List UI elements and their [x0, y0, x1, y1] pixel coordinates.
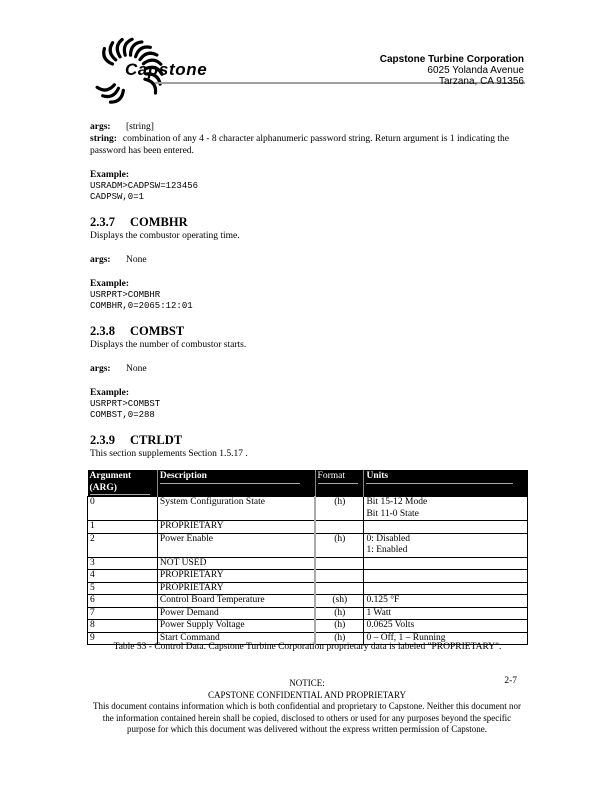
- cell-format: (h): [315, 620, 364, 633]
- cell-units: 0.125 °F: [364, 595, 528, 608]
- notice-heading: CAPSTONE CONFIDENTIAL AND PROPRIETARY: [92, 690, 522, 702]
- cell-argument: 0: [88, 497, 158, 521]
- example-line: USRADM>CADPSW=123456: [90, 181, 525, 192]
- cell-format: (h): [315, 607, 364, 620]
- string-label: string:: [90, 134, 117, 144]
- cell-format: (sh): [315, 595, 364, 608]
- notice-label: NOTICE:: [92, 678, 522, 690]
- string-desc: combination of any 4 - 8 character alpha…: [90, 134, 509, 156]
- string-desc-line: string:combination of any 4 - 8 characte…: [90, 133, 525, 157]
- cell-description: PROPRIETARY: [157, 521, 315, 534]
- cell-format: [315, 582, 364, 595]
- table-row: 5PROPRIETARY: [88, 582, 528, 595]
- args-line: args:None: [90, 363, 525, 375]
- units-line: Bit 15-12 Mode: [366, 497, 525, 509]
- table-row: 6Control Board Temperature(sh)0.125 °F: [88, 595, 528, 608]
- cell-description: NOT USED: [157, 557, 315, 570]
- cell-units: Bit 15-12 ModeBit 11-0 State: [364, 497, 528, 521]
- table-row: 3NOT USED: [88, 557, 528, 570]
- units-line: 1: Enabled: [366, 545, 525, 557]
- cell-description: Power Supply Voltage: [157, 620, 315, 633]
- args-label: args:: [90, 121, 126, 133]
- section-desc: This section supplements Section 1.5.17 …: [90, 448, 525, 460]
- cell-argument: 6: [88, 595, 158, 608]
- section-heading-combhr: 2.3.7COMBHR: [90, 215, 525, 230]
- example-label: Example:: [90, 387, 525, 399]
- cell-argument: 5: [88, 582, 158, 595]
- table-row: 2Power Enable(h)0: Disabled1: Enabled: [88, 533, 528, 557]
- cell-units: 1 Watt: [364, 607, 528, 620]
- cell-format: [315, 521, 364, 534]
- company-name: Capstone Turbine Corporation: [380, 54, 524, 65]
- cell-units: [364, 582, 528, 595]
- table-row: 1PROPRIETARY: [88, 521, 528, 534]
- args-line: args:None: [90, 254, 525, 266]
- example-line: COMBST,0=288: [90, 410, 525, 421]
- cell-units: 0.0625 Volts: [364, 620, 528, 633]
- cell-units: 0: Disabled1: Enabled: [364, 533, 528, 557]
- cell-argument: 3: [88, 557, 158, 570]
- cell-format: (h): [315, 533, 364, 557]
- example-line: USRPRT>COMBHR: [90, 290, 525, 301]
- confidentiality-notice: NOTICE: CAPSTONE CONFIDENTIAL AND PROPRI…: [92, 678, 522, 736]
- example-line: CADPSW,0=1: [90, 192, 525, 203]
- cell-format: [315, 570, 364, 583]
- cell-argument: 1: [88, 521, 158, 534]
- cell-argument: 7: [88, 607, 158, 620]
- args-line: args:[string]: [90, 121, 525, 133]
- section-desc: Displays the number of combustor starts.: [90, 339, 525, 351]
- units-line: Bit 11-0 State: [366, 509, 525, 521]
- address-line-1: 6025 Yolanda Avenue: [380, 65, 524, 76]
- table-caption: Table 53 - Control Data. Capstone Turbin…: [87, 642, 528, 652]
- cell-format: (h): [315, 497, 364, 521]
- control-data-table: Argument (ARG) Description Format Units …: [87, 470, 528, 645]
- section-desc: Displays the combustor operating time.: [90, 230, 525, 242]
- units-line: 0: Disabled: [366, 534, 525, 546]
- table-row: 8Power Supply Voltage(h)0.0625 Volts: [88, 620, 528, 633]
- units-line: 0.125 °F: [366, 595, 525, 607]
- example-label: Example:: [90, 278, 525, 290]
- cell-units: [364, 557, 528, 570]
- document-body: args:[string] string:combination of any …: [90, 121, 525, 460]
- header-format: Format: [315, 470, 364, 497]
- units-line: 0.0625 Volts: [366, 620, 525, 632]
- example-line: COMBHR,0=2065:12:01: [90, 301, 525, 312]
- cell-format: [315, 557, 364, 570]
- example-label: Example:: [90, 169, 525, 181]
- cell-units: [364, 521, 528, 534]
- cell-description: PROPRIETARY: [157, 582, 315, 595]
- cell-argument: 8: [88, 620, 158, 633]
- args-value: [string]: [126, 122, 154, 132]
- notice-body: This document contains information which…: [92, 701, 522, 736]
- table-row: 7Power Demand(h)1 Watt: [88, 607, 528, 620]
- logo-text: Capstone: [125, 60, 207, 80]
- example-line: USRPRT>COMBST: [90, 399, 525, 410]
- cell-argument: 2: [88, 533, 158, 557]
- section-heading-combst: 2.3.8COMBST: [90, 324, 525, 339]
- header-units: Units: [364, 470, 528, 497]
- cell-description: Power Enable: [157, 533, 315, 557]
- table-row: 4PROPRIETARY: [88, 570, 528, 583]
- cell-argument: 4: [88, 570, 158, 583]
- section-heading-ctrldt: 2.3.9CTRLDT: [90, 433, 525, 448]
- company-address: Capstone Turbine Corporation 6025 Yoland…: [380, 54, 524, 87]
- cell-description: System Configuration State: [157, 497, 315, 521]
- cell-description: PROPRIETARY: [157, 570, 315, 583]
- table-header-row: Argument (ARG) Description Format Units: [88, 470, 528, 497]
- cell-description: Power Demand: [157, 607, 315, 620]
- header-argument: Argument (ARG): [88, 470, 158, 497]
- header-description: Description: [157, 470, 315, 497]
- cell-description: Control Board Temperature: [157, 595, 315, 608]
- address-line-2: Tarzana, CA 91356: [380, 76, 524, 87]
- table-row: 0System Configuration State(h)Bit 15-12 …: [88, 497, 528, 521]
- cell-units: [364, 570, 528, 583]
- units-line: 1 Watt: [366, 608, 525, 620]
